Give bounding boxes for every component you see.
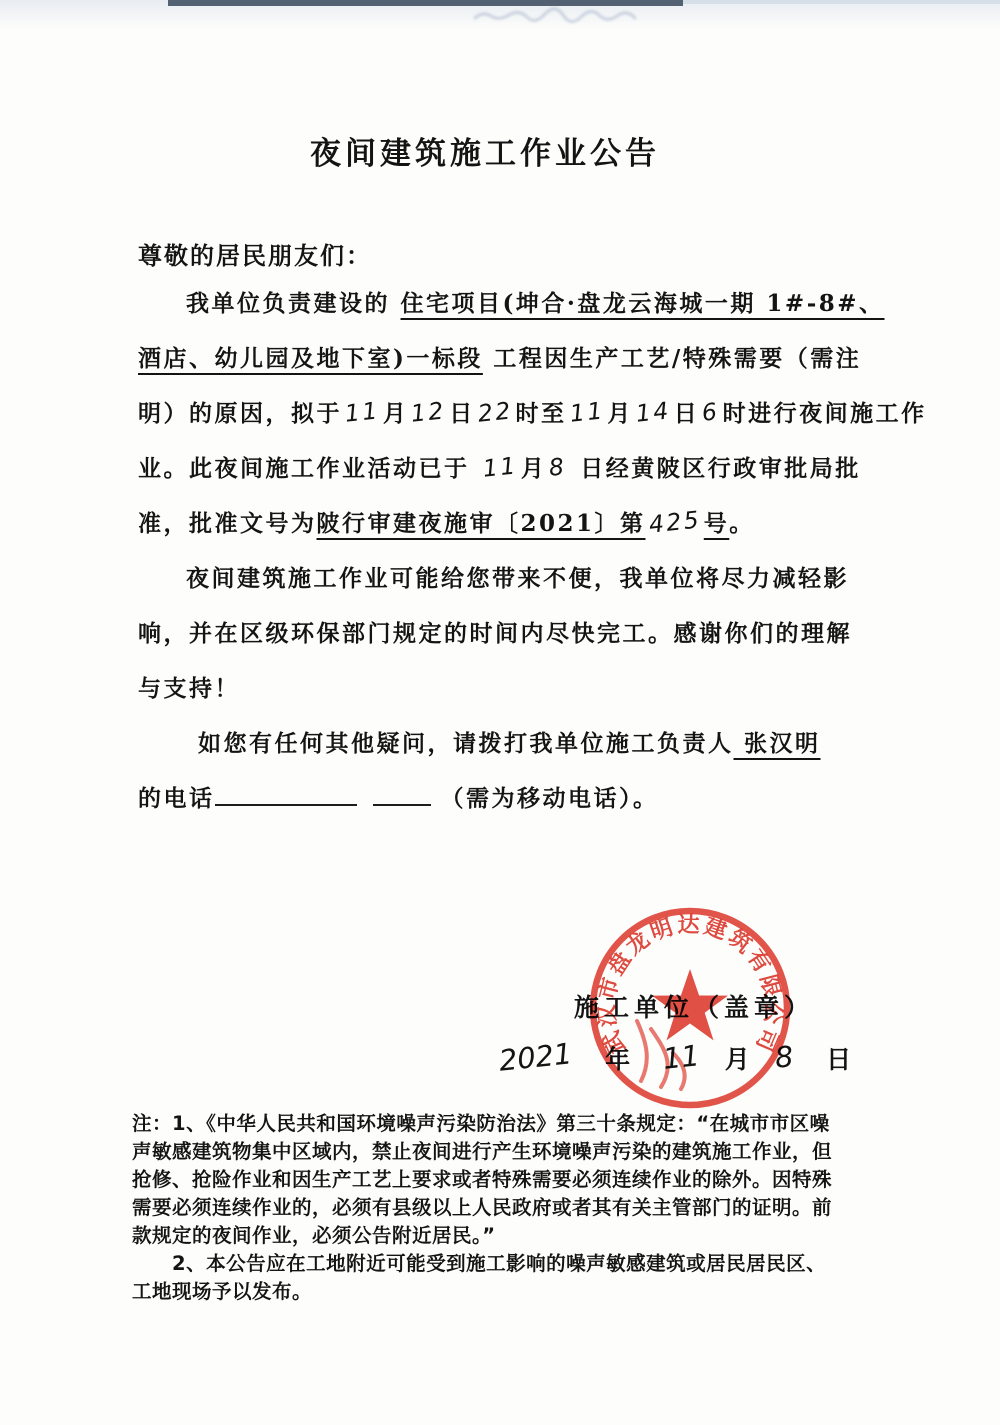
note-line: 需要必须连续作业的，必须有县级以上人民政府或者其有关主管部门的证明。前: [132, 1194, 880, 1222]
body-text-segment: 工程因生产工艺/特殊需要（需注: [483, 345, 861, 372]
day-label: 日: [826, 1040, 851, 1076]
note-line: 工地现场予以发布。: [132, 1278, 880, 1306]
body-line: 与支持！: [138, 661, 876, 716]
approval-number-text: 陂行审建夜施审〔2021〕第: [317, 510, 646, 537]
note-text: 2、本公告应在工地附近可能受到施工影响的噪声敏感建筑或居民居民区、: [172, 1252, 826, 1275]
handwritten-hour: 6: [696, 384, 725, 441]
body-line: 业。此夜间施工作业活动已于 11月8 日经黄陂区行政审批局批: [138, 441, 876, 496]
handwritten-month: 11: [658, 1038, 704, 1076]
phone-blank-line: [373, 780, 431, 806]
note-line: 抢修、抢险作业和因生产工艺上要求或者特殊需要必须连续作业的除外。因特殊: [132, 1166, 880, 1194]
note-line: 款规定的夜间作业，必须公告附近居民。”: [132, 1222, 880, 1250]
note-text: 工地现场予以发布。: [132, 1280, 312, 1303]
body-line: 准，批准文号为陂行审建夜施审〔2021〕第425号。: [138, 496, 876, 551]
phone-blank-line: [215, 780, 357, 806]
body-text-segment: （需为移动电话）。: [441, 785, 659, 812]
handwritten-day: 12: [405, 383, 451, 442]
body-text-segment: 响，并在区级环保部门规定的时间内尽快完工。感谢你们的理解: [138, 620, 852, 647]
body-text-segment: 时至: [516, 400, 567, 427]
body-text-segment: 日: [674, 400, 700, 427]
handwritten-approval-number: 425: [643, 492, 707, 553]
body-text-segment: 月: [521, 455, 547, 482]
contact-person-underlined: 张汉明: [734, 730, 821, 757]
note-line: 声敏感建筑物集中区域内，禁止夜间进行产生环境噪声污染的建筑施工作业，但: [132, 1138, 880, 1166]
handwritten-month: 11: [477, 438, 523, 497]
note-text: 声敏感建筑物集中区域内，禁止夜间进行产生环境噪声污染的建筑施工作业，但: [132, 1140, 832, 1163]
body-text: 我单位负责建设的 住宅项目(坤合·盘龙云海城一期 1#-8#、 酒店、幼儿园及地…: [138, 276, 876, 826]
seal-company-name: 武汉市盘龙明达建筑有限公司: [594, 913, 785, 1057]
body-line: 夜间建筑施工作业可能给您带来不便，我单位将尽力减轻影: [138, 551, 876, 606]
body-text-segment: 的电话: [138, 785, 215, 812]
project-name-underlined: 住宅项目(坤合·盘龙云海城一期 1#-8#、: [401, 290, 885, 317]
body-text-segment: 准，批准文号为: [138, 510, 317, 537]
note-line: 2、本公告应在工地附近可能受到施工影响的噪声敏感建筑或居民居民区、: [132, 1250, 880, 1278]
month-label: 月: [725, 1040, 750, 1076]
footnotes: 注：1、《中华人民共和国环境噪声污染防治法》第三十条规定：“在城市市区噪 声敏感…: [132, 1110, 880, 1306]
body-text-segment: 月: [383, 400, 409, 427]
handwritten-day: 8: [770, 1039, 798, 1075]
body-text-segment: 如您有任何其他疑问，请拨打我单位施工负责人: [198, 730, 734, 757]
body-text-segment: 日经黄陂区行政审批局批: [570, 455, 861, 482]
body-text-segment: 与支持！: [138, 675, 240, 702]
body-text-segment: 夜间建筑施工作业可能给您带来不便，我单位将尽力减轻影: [186, 565, 849, 592]
note-text: 注：1、《中华人民共和国环境噪声污染防治法》第三十条规定：“在城市市区噪: [132, 1112, 830, 1135]
page-title: 夜间建筑施工作业公告: [0, 128, 970, 173]
approval-number-underlined: 陂行审建夜施审〔2021〕第425号: [317, 510, 730, 537]
body-text-segment: 月: [607, 400, 633, 427]
body-text-segment: 日: [449, 400, 475, 427]
scan-edge-band-light: [683, 0, 1000, 4]
handwritten-hour: 22: [472, 383, 518, 442]
handwritten-day: 14: [630, 383, 676, 442]
note-text: 抢修、抢险作业和因生产工艺上要求或者特殊需要必须连续作业的除外。因特殊: [132, 1168, 832, 1191]
note-line: 注：1、《中华人民共和国环境噪声污染防治法》第三十条规定：“在城市市区噪: [132, 1110, 880, 1138]
year-label: 年: [605, 1040, 630, 1076]
ink-bleed-through-mark: [470, 4, 660, 28]
body-text-segment: 明）的原因，拟于: [138, 400, 342, 427]
date-line: 2021年11月8日: [496, 1040, 851, 1076]
note-text: 款规定的夜间作业，必须公告附近居民。”: [132, 1224, 496, 1247]
body-text-segment: 业。此夜间施工作业活动已于: [138, 455, 480, 482]
handwritten-year: 2021: [494, 1036, 576, 1078]
body-line: 明）的原因，拟于11月12日22时至11月14日6时进行夜间施工作: [138, 386, 876, 441]
handwritten-day: 8: [543, 439, 572, 496]
greeting-line: 尊敬的居民朋友们：: [138, 236, 372, 271]
body-line: 的电话（需为移动电话）。: [138, 771, 876, 826]
body-line: 如您有任何其他疑问，请拨打我单位施工负责人 张汉明: [138, 716, 876, 771]
body-text-segment: 。: [729, 510, 755, 537]
body-text-segment: 我单位负责建设的: [186, 290, 401, 317]
svg-text:武汉市盘龙明达建筑有限公司: 武汉市盘龙明达建筑有限公司: [594, 913, 785, 1057]
body-line: 响，并在区级环保部门规定的时间内尽快完工。感谢你们的理解: [138, 606, 876, 661]
body-line: 酒店、幼儿园及地下室)一标段 工程因生产工艺/特殊需要（需注: [138, 331, 876, 386]
note-text: 需要必须连续作业的，必须有县级以上人民政府或者其有关主管部门的证明。前: [132, 1196, 832, 1219]
project-name-underlined: 酒店、幼儿园及地下室)一标段: [138, 345, 483, 372]
approval-number-text: 号: [704, 510, 730, 537]
construction-unit-label: 施工单位（盖章）: [574, 988, 814, 1024]
handwritten-month: 11: [564, 383, 610, 442]
body-text-segment: 时进行夜间施工作: [723, 400, 927, 427]
scanned-notice-page: 夜间建筑施工作业公告 尊敬的居民朋友们： 我单位负责建设的 住宅项目(坤合·盘龙…: [0, 0, 1000, 1425]
handwritten-month: 11: [339, 383, 385, 442]
body-line: 我单位负责建设的 住宅项目(坤合·盘龙云海城一期 1#-8#、: [138, 276, 876, 331]
